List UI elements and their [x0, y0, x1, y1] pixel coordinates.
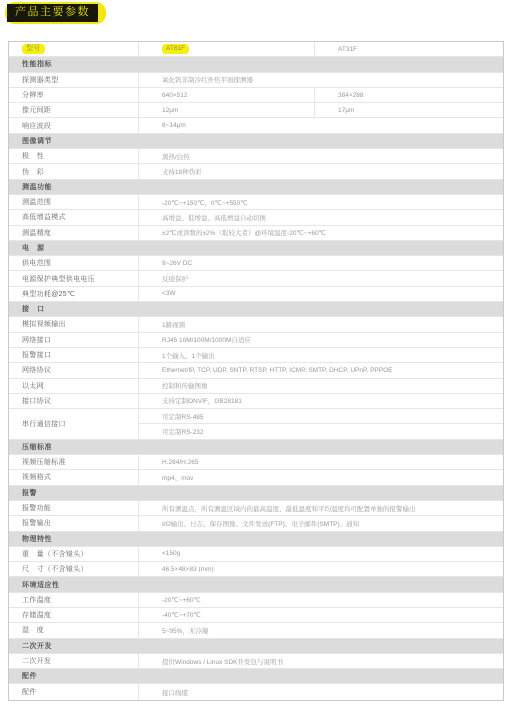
spec-value: ±2℃或读数的±2%（取较大者）@环境温度-20℃~+60℃ [139, 226, 503, 240]
spec-label: 工作温度 [9, 593, 139, 607]
spec-row: 配件接口线缆 [9, 684, 503, 699]
spec-row: 视频压缩标准H.264/H.265 [9, 455, 503, 470]
spec-label: 湿 度 [9, 623, 139, 637]
spec-row: 典型功耗@25℃<3W [9, 287, 503, 302]
spec-value: H.264/H.265 [139, 455, 503, 469]
spec-value: 接口线缆 [139, 684, 503, 699]
section-row: 环境适应性 [9, 577, 503, 592]
spec-row: 视频格式mp4、mov [9, 470, 503, 485]
spec-value: 支持定制ONVIF，GB28181 [139, 394, 503, 408]
section-label: 压缩标准 [9, 440, 503, 454]
spec-value: 8~14μm [139, 118, 503, 132]
spec-label: 典型功耗@25℃ [9, 287, 139, 301]
spec-label: 报警接口 [9, 348, 139, 362]
section-row: 报警 [9, 486, 503, 501]
spec-row: 型号AT61FAT31F [9, 42, 503, 57]
spec-value: <150g [139, 547, 503, 561]
section-label: 环境适应性 [9, 577, 503, 591]
spec-row: 供电范围9~26V DC [9, 256, 503, 271]
spec-label: 以太网 [9, 379, 139, 393]
highlighted-label: 型号 [22, 44, 45, 54]
section-row: 配件 [9, 669, 503, 684]
section-row: 性能指标 [9, 57, 503, 72]
spec-row: 探测器类型氧化钒非制冷红外焦平面探测器 [9, 73, 503, 88]
spec-label: 电源保护典型供电电压 [9, 271, 139, 285]
spec-row: 高低增益模式高增益、低增益、高低增益自动切换 [9, 210, 503, 225]
spec-label: 分辨率 [9, 88, 139, 102]
spec-label: 视频压缩标准 [9, 455, 139, 469]
spec-label: 探测器类型 [9, 73, 139, 87]
spec-value: -20℃~+60℃ [139, 593, 503, 607]
spec-label: 串行通信接口 [9, 409, 139, 439]
spec-row: 分辨率640×512384×288 [9, 88, 503, 103]
spec-label: 接口协议 [9, 394, 139, 408]
spec-label: 测温精度 [9, 226, 139, 240]
spec-value: 可定制RS-232 [139, 424, 503, 438]
spec-row: 存储温度-40℃~+70℃ [9, 608, 503, 623]
spec-value: 支持18种伪彩 [139, 164, 503, 178]
spec-row: 电源保护典型供电电压反接保护 [9, 271, 503, 286]
spec-label: 伪 彩 [9, 164, 139, 178]
section-label: 测温功能 [9, 180, 503, 194]
spec-value: 46.5×48×83 (mm) [139, 562, 503, 576]
section-label: 配件 [9, 669, 503, 683]
section-label: 性能指标 [9, 57, 503, 71]
spec-row: 尺 寸（不含镜头）46.5×48×83 (mm) [9, 562, 503, 577]
spec-table: 型号AT61FAT31F性能指标探测器类型氧化钒非制冷红外焦平面探测器分辨率64… [8, 41, 504, 701]
spec-row: 伪 彩支持18种伪彩 [9, 164, 503, 179]
spec-value: 控制和传输图像 [139, 379, 503, 393]
spec-value: 1路视频 [139, 317, 503, 331]
spec-value-model2: 384×288 [314, 88, 503, 102]
spec-label: 配件 [9, 684, 139, 699]
section-row: 压缩标准 [9, 440, 503, 455]
spec-label: 网络接口 [9, 333, 139, 347]
spec-value-model1: AT61F [139, 42, 314, 56]
spec-label: 供电范围 [9, 256, 139, 270]
spec-value: 可定制RS-485 [139, 409, 503, 424]
spec-label: 网络协议 [9, 363, 139, 377]
spec-label: 像元间距 [9, 103, 139, 117]
spec-label: 二次开发 [9, 654, 139, 668]
spec-label: 视频格式 [9, 470, 139, 484]
spec-value: 反接保护 [139, 271, 503, 285]
spec-value: -40℃~+70℃ [139, 608, 503, 622]
spec-label: 重 量（不含镜头） [9, 547, 139, 561]
spec-label: 测温范围 [9, 195, 139, 209]
spec-row: 报警输出I/O输出、日志、保存图像、文件发送(FTP)、电子邮件(SMTP)、通… [9, 516, 503, 531]
spec-row: 模拟视频输出1路视频 [9, 317, 503, 332]
spec-row: 网络协议Ethernet/IP, TCP, UDP, SNTP, RTSP, H… [9, 363, 503, 378]
section-label: 电 源 [9, 241, 503, 255]
spec-row: 工作温度-20℃~+60℃ [9, 593, 503, 608]
section-label: 报警 [9, 486, 503, 500]
spec-value: 5~95%，无冷凝 [139, 623, 503, 637]
spec-label: 存储温度 [9, 608, 139, 622]
section-row: 电 源 [9, 241, 503, 256]
page-title: 产品主要参数 [7, 4, 98, 22]
spec-row: 二次开发提供Windows / Linux SDK开发包与说明书 [9, 654, 503, 669]
highlighted-value: AT61F [162, 44, 189, 54]
spec-label: 高低增益模式 [9, 210, 139, 224]
spec-row: 湿 度5~95%，无冷凝 [9, 623, 503, 638]
spec-row: 响应波段8~14μm [9, 118, 503, 133]
spec-value: 提供Windows / Linux SDK开发包与说明书 [139, 654, 503, 668]
spec-label: 极 性 [9, 149, 139, 163]
spec-value-model2: AT31F [314, 42, 503, 56]
spec-value: 所有测温点，所有测温区域内的最高温度、最低温度和平均温度均可配置单独的报警输出 [139, 501, 503, 515]
spec-row: 重 量（不含镜头）<150g [9, 547, 503, 562]
spec-value-model1: 640×512 [139, 88, 314, 102]
spec-row: 极 性黑热/白热 [9, 149, 503, 164]
spec-row: 测温精度±2℃或读数的±2%（取较大者）@环境温度-20℃~+60℃ [9, 226, 503, 241]
spec-row: 网络接口RJ45 10M/100M/1000M自适应 [9, 333, 503, 348]
spec-value: 9~26V DC [139, 256, 503, 270]
spec-value: Ethernet/IP, TCP, UDP, SNTP, RTSP, HTTP,… [139, 363, 503, 377]
spec-label: 报警输出 [9, 516, 139, 530]
section-label: 二次开发 [9, 639, 503, 653]
spec-value: I/O输出、日志、保存图像、文件发送(FTP)、电子邮件(SMTP)、通知 [139, 516, 503, 530]
section-label: 物理特性 [9, 532, 503, 546]
spec-value: <3W [139, 287, 503, 301]
spec-row: 测温范围-20℃~+150℃，0℃~+550℃ [9, 195, 503, 210]
spec-value: mp4、mov [139, 470, 503, 484]
spec-row: 报警功能所有测温点，所有测温区域内的最高温度、最低温度和平均温度均可配置单独的报… [9, 501, 503, 516]
spec-value-model2: 17μm [314, 103, 503, 117]
spec-value: 1个输入，1个输出 [139, 348, 503, 362]
spec-label: 响应波段 [9, 118, 139, 132]
section-label: 图像调节 [9, 134, 503, 148]
spec-row: 以太网控制和传输图像 [9, 379, 503, 394]
section-row: 图像调节 [9, 134, 503, 149]
spec-row: 像元间距12μm17μm [9, 103, 503, 118]
spec-value: -20℃~+150℃，0℃~+550℃ [139, 195, 503, 209]
section-label: 接 口 [9, 302, 503, 316]
spec-row: 串行通信接口可定制RS-485可定制RS-232 [9, 409, 503, 440]
spec-label: 型号 [9, 42, 139, 56]
section-row: 物理特性 [9, 532, 503, 547]
spec-row: 接口协议支持定制ONVIF，GB28181 [9, 394, 503, 409]
spec-value-model1: 12μm [139, 103, 314, 117]
spec-value-group: 可定制RS-485可定制RS-232 [139, 409, 503, 439]
section-row: 接 口 [9, 302, 503, 317]
spec-value: 高增益、低增益、高低增益自动切换 [139, 210, 503, 224]
spec-row: 报警接口1个输入，1个输出 [9, 348, 503, 363]
spec-label: 尺 寸（不含镜头） [9, 562, 139, 576]
spec-value: 氧化钒非制冷红外焦平面探测器 [139, 73, 503, 87]
section-row: 二次开发 [9, 639, 503, 654]
spec-value: RJ45 10M/100M/1000M自适应 [139, 333, 503, 347]
spec-label: 模拟视频输出 [9, 317, 139, 331]
spec-value: 黑热/白热 [139, 149, 503, 163]
section-row: 测温功能 [9, 180, 503, 195]
spec-label: 报警功能 [9, 501, 139, 515]
title-highlight-annotation: 产品主要参数 [5, 2, 106, 24]
